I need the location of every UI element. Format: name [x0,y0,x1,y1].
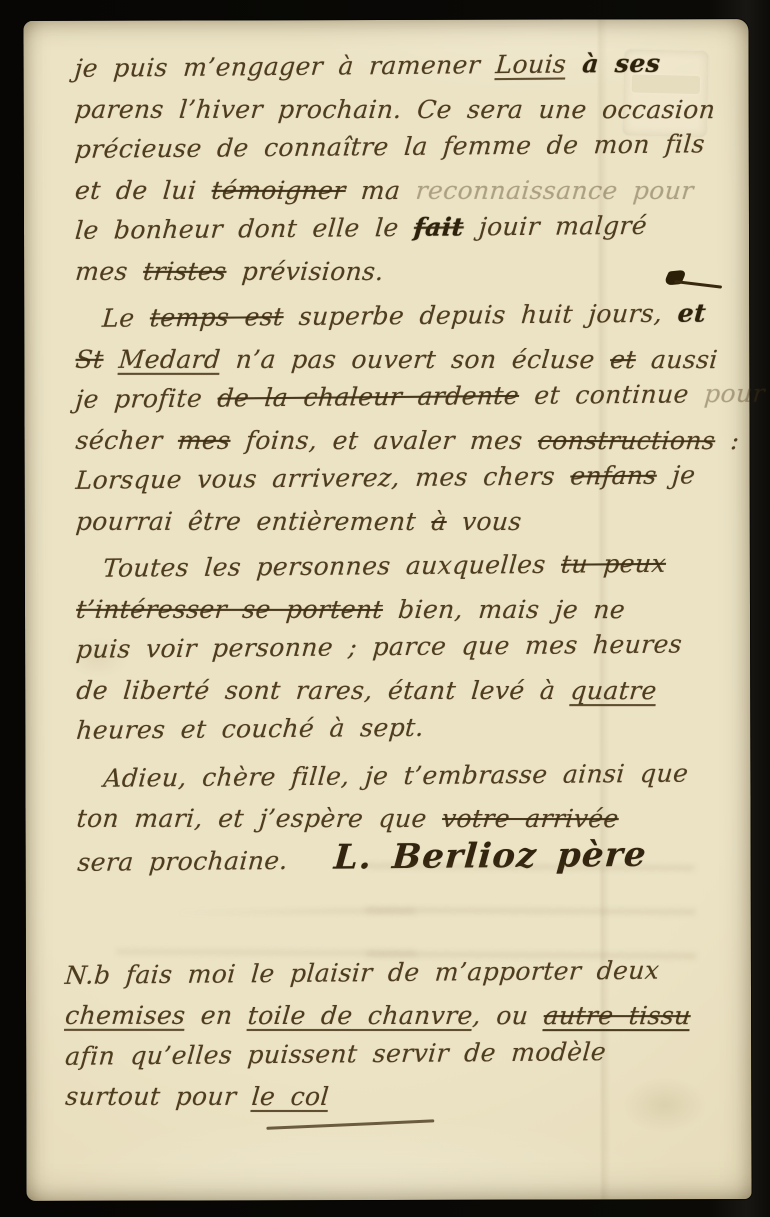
text-segment: en [184,1001,249,1030]
letter-line: le bonheur dont elle le fait jouir malgr… [73,205,726,251]
text-segment: témoigner [210,175,347,204]
underline-flourish [266,1119,434,1129]
letter-line: Lorsque vous arriverez, mes chers enfans… [74,455,727,501]
text-segment: pour [703,379,766,409]
photo-backdrop: je puis m’engager à ramener Louis à sesp… [0,0,770,1217]
text-segment: heures et couché à sept. [75,713,425,745]
letter-line: Toutes les personnes auxquelles tu peux [101,543,726,589]
letter-line: mes tristes prévisions. [74,251,726,292]
text-segment: précieuse de connaître la femme de mon f… [74,129,706,164]
text-segment: reconnaissance pour [415,175,695,204]
text-segment: mes [74,256,144,285]
text-segment: surtout pour [64,1082,253,1111]
text-segment: je [656,460,697,489]
text-segment: enfans [569,461,658,491]
text-segment: tu peux [560,549,667,579]
text-segment: chemises [64,1001,187,1030]
text-segment: et continue [518,379,705,410]
letter-line: chemises en toile de chanvre, ou autre t… [63,996,727,1037]
letter-body: je puis m’engager à ramener Louis à sesp… [74,47,726,1117]
text-segment: de liberté sont rares, étant levé à [75,675,572,704]
text-segment: et [609,345,637,374]
text-segment: Louis [494,50,567,80]
letter-page: je puis m’engager à ramener Louis à sesp… [23,19,751,1201]
letter-line: Adieu, chère fille, je t’embrasse ainsi … [102,753,727,799]
letter-line: afin qu’elles puissent servir de modèle [64,1031,729,1077]
text-segment: t’intéresser se portent [75,594,384,623]
text-segment: ma [344,175,417,204]
text-segment: le col [251,1082,331,1111]
text-segment: constructions [537,426,717,455]
paragraph: N.b fais moi le plaisir de m’apporter de… [64,954,725,1118]
paragraph: Adieu, chère fille, je t’embrasse ainsi … [75,757,724,896]
text-segment: sécher [75,425,180,454]
text-segment: : [714,426,741,455]
text-segment: temps est [149,302,285,332]
text-segment: Le [101,303,151,332]
text-segment: Toutes les personnes auxquelles [102,550,562,583]
text-segment: Medard [118,344,222,373]
text-segment: sera prochaine. [76,845,289,876]
paragraph: Toutes les personnes auxquelles tu peuxt… [75,547,725,751]
text-segment: ton mari, et j’espère que [76,804,444,833]
paragraph: Le temps est superbe depuis huit jours, … [74,297,724,542]
text-segment: puis voir personne ; parce que mes heure… [75,630,683,664]
text-segment: je puis m’engager à ramener [74,50,497,83]
letter-line: Le temps est superbe depuis huit jours, … [101,293,726,339]
text-segment: n’a pas ouvert son écluse [219,344,611,373]
text-segment: Adieu, chère fille, je t’embrasse ainsi … [102,758,689,792]
letter-line: je puis m’engager à ramener Louis à ses [73,43,726,89]
text-segment: superbe depuis huit jours, [282,299,678,331]
letter-line: heures et couché à sept. [75,705,728,751]
text-segment: je profite [74,384,218,414]
text-segment: foins, et avaler mes [229,425,539,454]
text-segment: votre arrivée [441,804,620,833]
text-segment: , ou [472,1001,546,1030]
text-segment: vous [445,507,523,536]
letter-line: ton mari, et j’espère que votre arrivée [75,799,727,840]
text-segment: toile de chanvre [247,1001,474,1030]
text-segment: aussi [635,345,720,374]
text-segment: et [677,298,708,327]
letter-line: puis voir personne ; parce que mes heure… [75,624,728,670]
text-segment: pourrai être entièrement [75,506,433,535]
letter-line: N.b fais moi le plaisir de m’apporter de… [63,950,728,996]
text-segment: mes [177,425,232,454]
text-segment: bien, mais je ne [382,594,627,623]
letter-line: pourrai être entièrement à vous [74,501,726,542]
letter-line: je profite de la chaleur ardente et cont… [74,374,727,420]
text-segment: autre tissu [543,1001,692,1030]
text-segment: St [74,344,105,373]
letter-line: sera prochaine.L. Berlioz père [75,834,729,896]
text-segment: N.b fais moi le plaisir de m’apporter de… [64,955,661,989]
ink-blot-icon [653,267,725,300]
text-segment: fait [413,212,465,241]
text-segment: tristes [142,256,228,285]
paragraph: je puis m’engager à ramener Louis à sesp… [74,47,724,292]
text-segment: prévisions. [225,256,385,285]
text-segment: à ses [565,49,661,79]
text-segment: parens l’hiver prochain. Ce sera une occ… [74,94,717,123]
text-segment: jouir malgré [463,211,649,242]
letter-line: précieuse de connaître la femme de mon f… [73,124,726,170]
letter-line: surtout pour le col [64,1077,728,1118]
text-segment: et de lui [74,175,213,204]
text-segment: quatre [569,676,658,705]
text-segment: le bonheur dont elle le [74,213,415,245]
signature: L. Berlioz père [333,834,649,877]
text-segment: Lorsque vous arriverez, mes chers [75,461,572,494]
text-segment: de la chaleur ardente [216,381,520,413]
text-segment: afin qu’elles puissent servir de modèle [64,1037,607,1071]
